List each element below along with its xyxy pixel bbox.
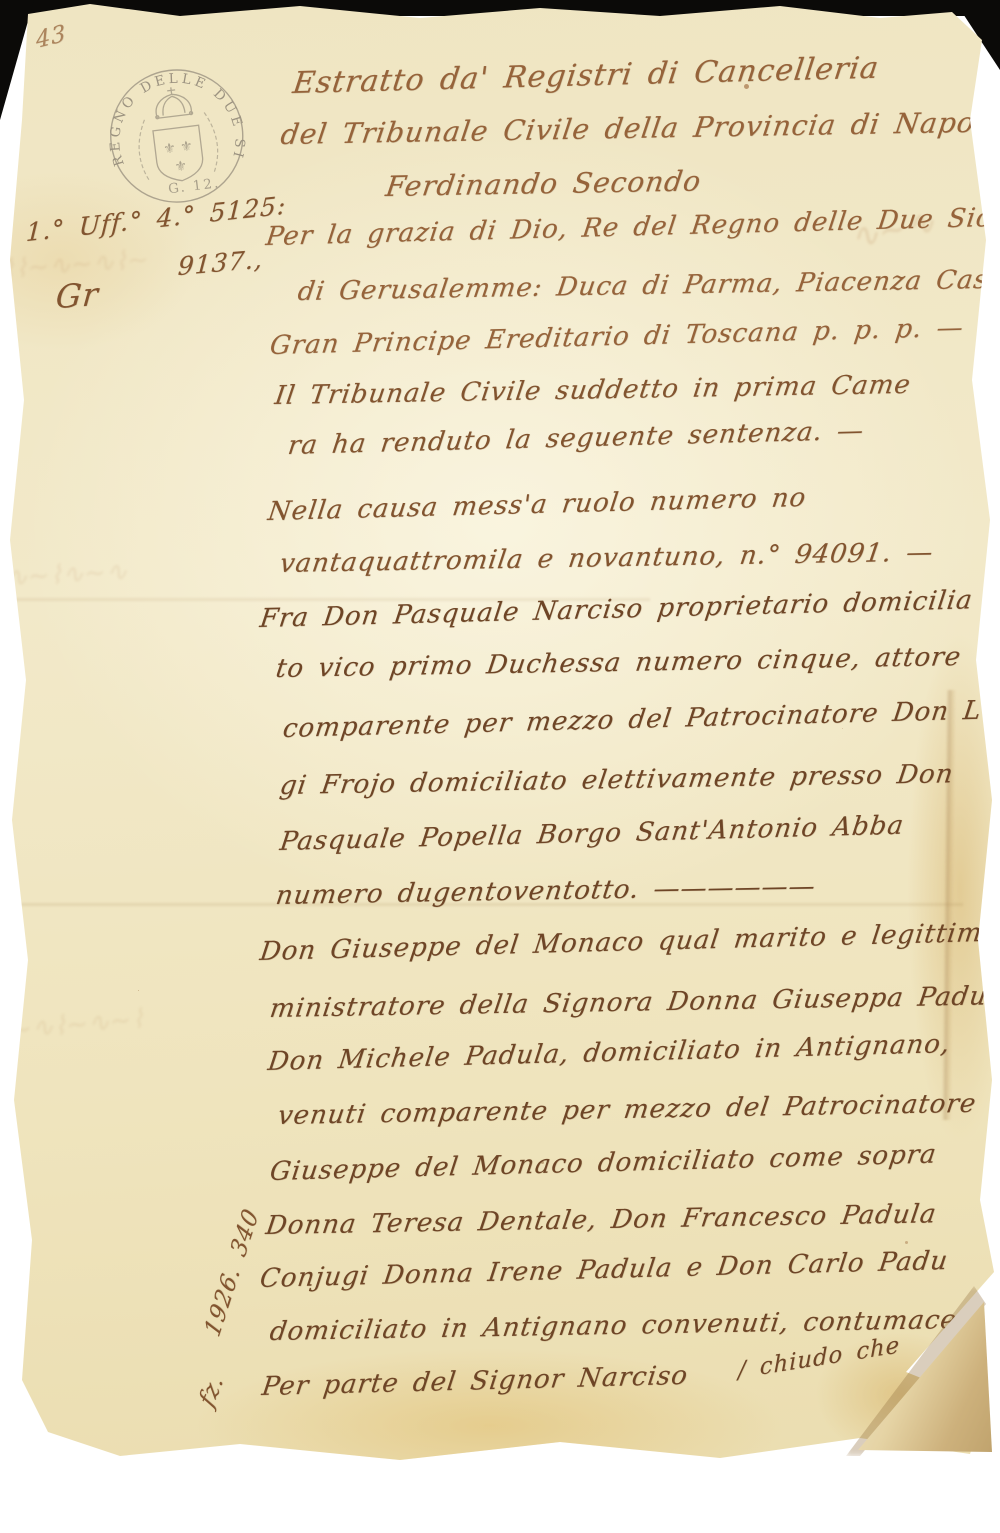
interlinear-insertion: ∕ chiudo che [738,1332,900,1384]
crown-icon [152,85,192,119]
manuscript-line-6: Gran Principe Ereditario di Toscana p. p… [268,313,966,361]
manuscript-line-3: Ferdinando Secondo [384,164,704,203]
manuscript-line-25: Per parte del Signor Narciso [260,1361,690,1402]
manuscript-line-23: Conjugi Donna Irene Padula e Don Carlo P… [258,1246,950,1294]
manuscript-line-4: Per la grazia di Dio, Re del Regno delle… [264,202,1000,252]
manuscript-line-19: Don Michele Padula, domiciliato in Antig… [266,1029,952,1077]
manuscript-line-14: gi Frojo domiciliato elettivamente press… [278,759,956,801]
verso-bleedthrough: ∿∼⌇∿∼∿ [5,557,128,593]
fleur-de-lis-icon: ⚜ [174,158,188,175]
manuscript-line-17: Don Giuseppe del Monaco qual marito e le… [258,918,1000,967]
manuscript-line-1: Estratto da' Registri di Cancelleria [291,51,881,101]
manuscript-line-8: ra ha renduto la seguente sentenza. — [286,416,866,461]
manuscript-line-15: Pasquale Popella Borgo Sant'Antonio Abba [278,811,906,857]
clerk-flourish: Gr [54,275,100,316]
verso-bleedthrough: ∼∿⌇∼∿∼⌇ [9,1004,145,1046]
stamp-value-text: G. 12. [167,175,221,197]
page-number-note: 43 [35,20,68,54]
filing-note-line-2: 9137., [177,244,264,281]
manuscript-line-18: ministratore della Signora Donna Giusepp… [268,981,1000,1024]
manuscript-line-20: venuti comparente per mezzo del Patrocin… [276,1089,978,1131]
manuscript-line-22: Donna Teresa Dentale, Don Francesco Padu… [264,1199,939,1241]
manuscript-line-21: Giuseppe del Monaco domiciliato come sop… [268,1139,939,1187]
bottom-margin-number: 1926. 340 [200,1204,264,1341]
manuscript-line-13: comparente per mezzo del Patrocinatore D… [281,695,1000,744]
manuscript-line-10: vantaquattromila e novantuno, n.° 94091.… [278,538,936,579]
manuscript-line-12: to vico primo Duchessa numero cinque, at… [274,642,963,684]
scanned-manuscript-page: ⌇⌇∼∿∼∿⌇∼ ∿∼⌇∿∼∿ ∼∿⌇∼∿∼⌇ ∿∼∿ REGNO DELLE … [0,0,1000,1533]
aged-paper-sheet: ⌇⌇∼∿∼∿⌇∼ ∿∼⌇∿∼∿ ∼∿⌇∼∿∼⌇ ∿∼∿ REGNO DELLE … [0,0,1000,1533]
manuscript-line-7: Il Tribunale Civile suddetto in prima Ca… [273,370,913,411]
manuscript-line-9: Nella causa mess'a ruolo numero no [266,483,808,527]
manuscript-line-2: del Tribunale Civile della Provincia di … [279,105,997,151]
bourbon-shield-icon: ⚜ ⚜ ⚜ [153,125,205,183]
fleur-de-lis-icons: ⚜ ⚜ [162,138,193,157]
bottom-margin-initials: fz. [195,1370,229,1412]
manuscript-line-11: Fra Don Pasquale Narciso proprietario do… [258,585,975,634]
stamp-ring-text: REGNO DELLE DUE SICILIE [78,42,250,182]
svg-text:REGNO DELLE DUE SICILIE: REGNO DELLE DUE SICILIE [78,42,250,182]
manuscript-line-5: di Gerusalemme: Duca di Parma, Piacenza … [296,263,1000,307]
